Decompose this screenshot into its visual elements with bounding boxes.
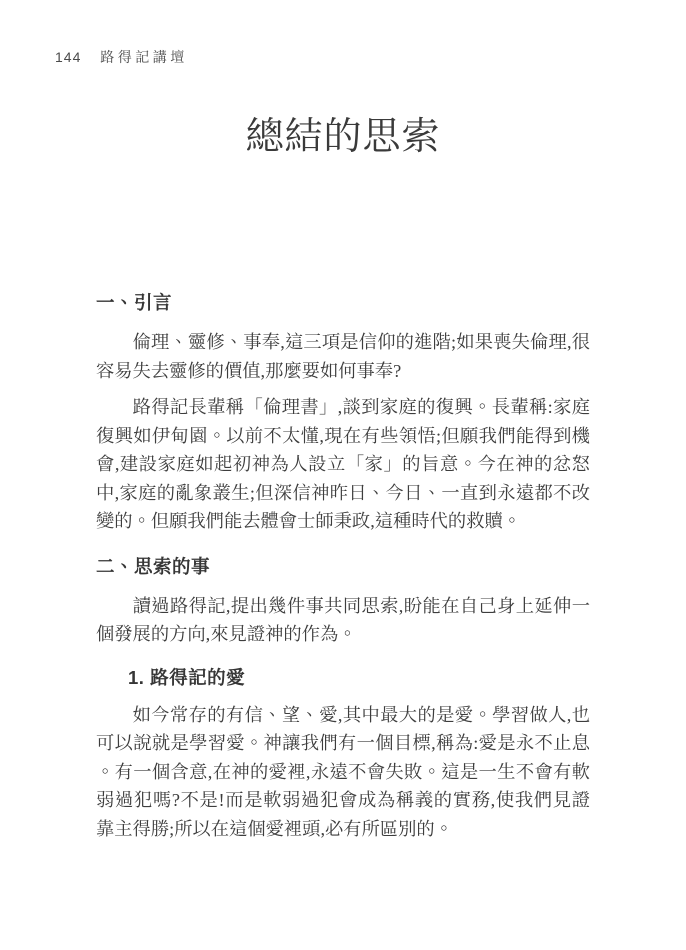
book-page: 144 路得記講壇 總結的思索 一、引言 倫理、靈修、事奉,這三項是信仰的進階;… [0,0,686,950]
section-reflections: 二、思索的事 讀過路得記,提出幾件事共同思索,盼能在自己身上延伸一個發展的方向,… [96,554,590,844]
body-paragraph: 讀過路得記,提出幾件事共同思索,盼能在自己身上延伸一個發展的方向,來見證神的作為… [96,592,590,649]
section-introduction: 一、引言 倫理、靈修、事奉,這三項是信仰的進階;如果喪失倫理,很容易失去靈修的價… [96,290,590,536]
subsection-love-of-ruth: 1. 路得記的愛 如今常存的有信、望、愛,其中最大的是愛。學習做人,也可以說就是… [96,665,590,844]
page-number: 144 [55,49,81,65]
section-heading: 二、思索的事 [96,554,590,580]
running-header-book-title: 路得記講壇 [100,49,188,65]
subsection-heading: 1. 路得記的愛 [96,665,590,691]
section-heading: 一、引言 [96,290,590,316]
body-paragraph: 路得記長輩稱「倫理書」,談到家庭的復興。長輩稱:家庭復興如伊甸園。以前不太懂,現… [96,393,590,536]
body-paragraph: 如今常存的有信、望、愛,其中最大的是愛。學習做人,也可以說就是學習愛。神讓我們有… [96,701,590,844]
main-text-column: 一、引言 倫理、靈修、事奉,這三項是信仰的進階;如果喪失倫理,很容易失去靈修的價… [96,290,590,851]
body-paragraph: 倫理、靈修、事奉,這三項是信仰的進階;如果喪失倫理,很容易失去靈修的價值,那麼要… [96,328,590,385]
chapter-title: 總結的思索 [0,112,686,162]
running-header: 144 路得記講壇 [55,48,188,66]
